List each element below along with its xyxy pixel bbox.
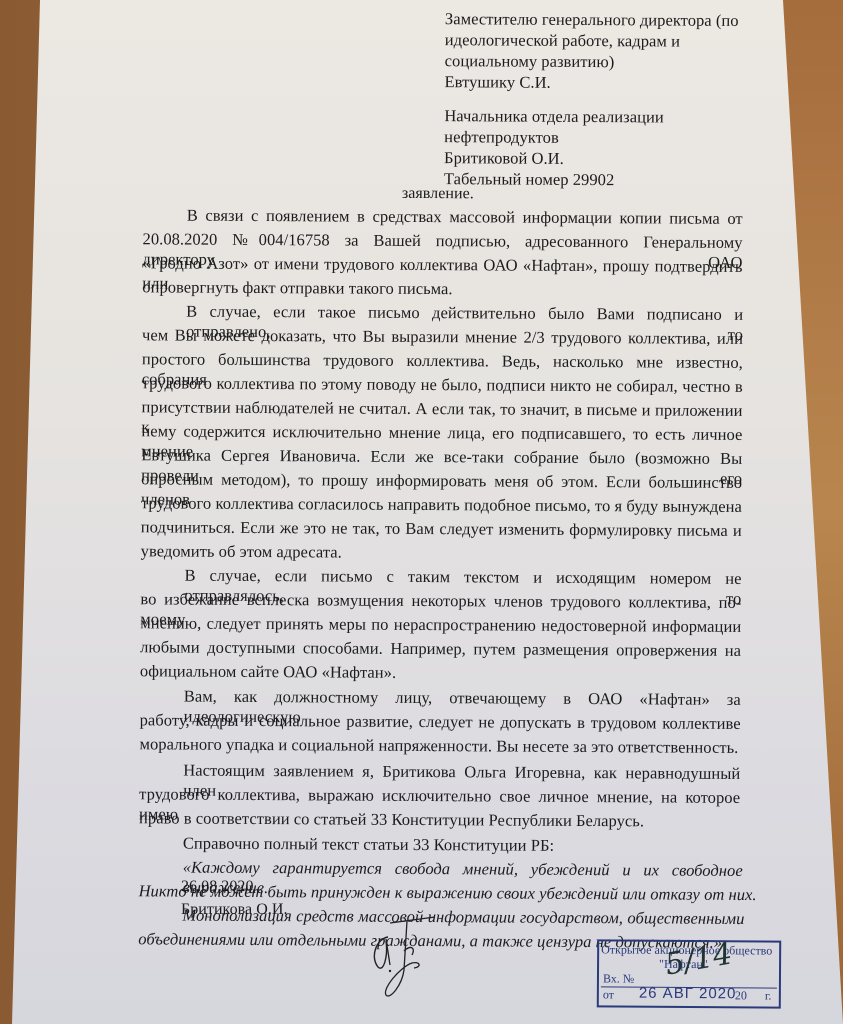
stamp-year-suffix: 20 <box>735 988 747 1003</box>
statement-date: 26.08.2020 <box>181 877 254 897</box>
body-line: любыми доступными способами. Например, п… <box>140 637 741 661</box>
sender-line: Начальника отдела реализации <box>444 106 664 127</box>
addressee-name: Евтушику С.И. <box>444 72 550 93</box>
body-line: трудового коллектива по этому поводу не … <box>142 373 743 397</box>
stamp-date-label: от <box>603 987 614 1002</box>
body-line: В связи с появлением в средствах массово… <box>187 206 743 229</box>
body-line: морального упадка и социальной напряженн… <box>139 734 738 758</box>
addressee-line: Заместителю генерального директора (по <box>445 9 739 31</box>
body-line: чем Вы можете доказать, что Вы выразили … <box>142 325 743 349</box>
body-line: право в соответствии со статьей 33 Конст… <box>139 808 644 831</box>
sender-line: нефтепродуктов <box>444 127 559 148</box>
handwritten-signature-icon <box>350 895 460 1005</box>
body-line: уведомить об этом адресата. <box>141 541 342 562</box>
body-line: официальном сайте ОАО «Нафтан». <box>140 661 396 683</box>
body-line: трудового коллектива согласилось направи… <box>141 493 742 517</box>
stamp-g: г. <box>765 989 772 1004</box>
statement-document: Заместителю генерального директора (по и… <box>0 0 843 1024</box>
body-line: работу, кадры и социальное развитие, сле… <box>140 710 741 734</box>
document-title: заявление. <box>402 184 474 204</box>
addressee-line: социальному развитию) <box>445 51 615 72</box>
reference-line: Справочно полный текст статьи 33 Констит… <box>183 834 554 856</box>
stamp-incoming-label: Вх. № <box>603 971 634 986</box>
body-line: подчиниться. Если же это не так, то Вам … <box>141 517 742 541</box>
body-line: опровергнуть факт отправки такого письма… <box>142 277 452 299</box>
stamp-date-value: 26 АВГ 2020 <box>639 985 737 1003</box>
signer-name: Бритикова О.И. <box>181 900 288 920</box>
body-line: мнению, следует принять меры по нераспро… <box>140 613 741 637</box>
sender-name: Бритиковой О.И. <box>444 148 564 169</box>
addressee-line: идеологической работе, кадрам и <box>445 30 680 51</box>
